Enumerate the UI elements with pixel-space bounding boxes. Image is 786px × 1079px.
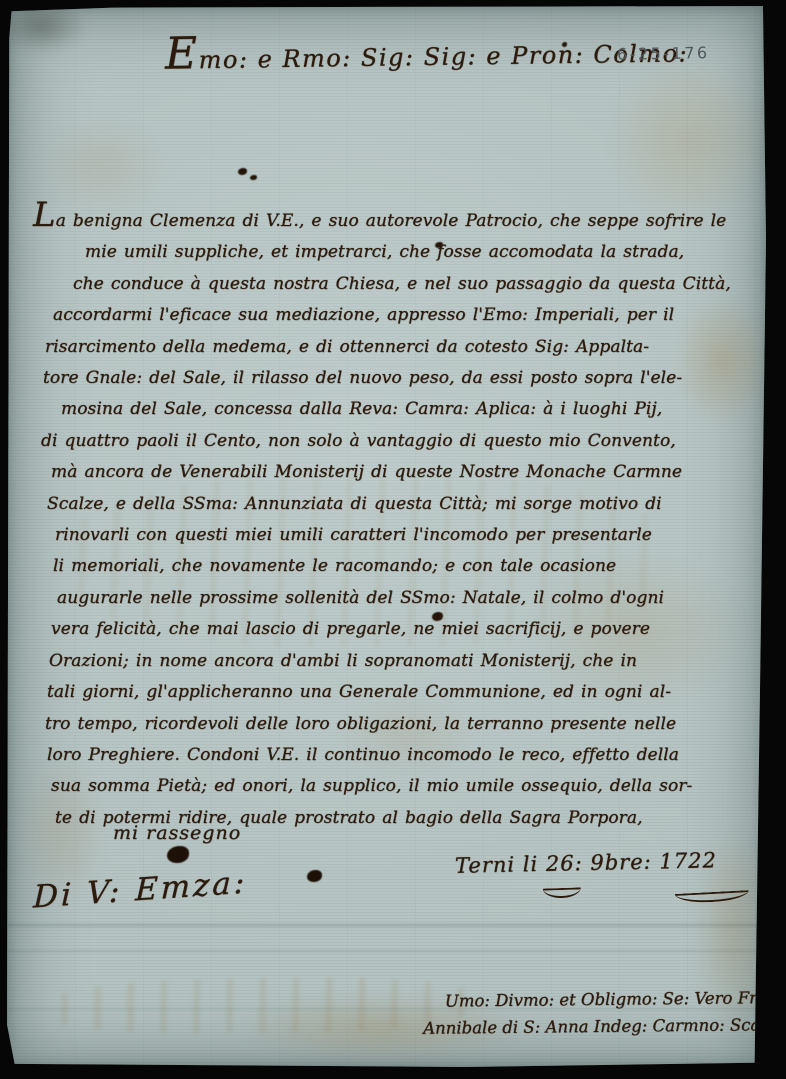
signature-name-line: Annibale di S: Anna Indeg: Carmno: Scalz… [423, 1011, 767, 1042]
manuscript-line: Scalze, e della SSma: Annunziata di ques… [33, 489, 761, 520]
dateline: Terni li 26: 9bre: 1722 [455, 848, 717, 877]
ink-blot [167, 846, 189, 863]
photo-background: Emo: e Rmo: Sig: Sig: e Pron: Colmo: 6-2… [0, 0, 786, 1079]
manuscript-line: La benigna Clemenza di V.E., e suo autor… [33, 200, 761, 237]
manuscript-line: tore Gnale: del Sale, il rilasso del nuo… [33, 363, 761, 394]
manuscript-line: mà ancora de Venerabili Monisterij di qu… [33, 457, 761, 488]
closing-phrase: mi rassegno [113, 822, 241, 844]
manuscript-line: loro Preghiere. Condoni V.E. il continuo… [33, 740, 761, 771]
ink-bleedthrough [47, 974, 478, 1036]
manuscript-line: li memoriali, che novamente le racomando… [33, 551, 761, 582]
manuscript-line: tro tempo, ricordevoli delle loro obliga… [33, 709, 761, 740]
manuscript-line: vera felicità, che mai lascio di pregarl… [33, 614, 761, 645]
signature-block: Umo: Divmo: et Obligmo: Se: Vero Fra Ann… [423, 984, 768, 1042]
fold-crease [7, 924, 766, 928]
ink-speck [238, 168, 247, 175]
manuscript-line: mosina del Sale, concessa dalla Reva: Ca… [33, 394, 761, 425]
letter-body: La benigna Clemenza di V.E., e suo autor… [33, 200, 761, 834]
manuscript-line: che conduce à questa nostra Chiesa, e ne… [33, 269, 761, 300]
manuscript-line: di quattro paoli il Cento, non solo à va… [33, 426, 761, 457]
paper-stain [0, 0, 87, 53]
manuscript-page: Emo: e Rmo: Sig: Sig: e Pron: Colmo: 6-2… [7, 6, 766, 1067]
manuscript-line: accordarmi l'eficace sua mediazione, app… [33, 300, 761, 331]
archival-reference-number: 6-25-176 [617, 43, 710, 64]
manuscript-line: Orazioni; in nome ancora d'ambi li sopra… [33, 646, 761, 677]
signature-title-line: Umo: Divmo: et Obligmo: Se: Vero Fra [423, 984, 767, 1015]
salutation-line: Emo: e Rmo: Sig: Sig: e Pron: Colmo: [165, 36, 689, 74]
manuscript-line: augurarle nelle prossime sollenità del S… [33, 583, 761, 614]
ink-speck [250, 175, 257, 180]
manuscript-line: risarcimento della medema, e di ottenner… [33, 332, 761, 363]
fold-crease [7, 950, 766, 953]
ink-blot [307, 870, 322, 882]
valediction-flourish: Di V: Emza: [33, 864, 248, 915]
manuscript-line: rinovarli con questi miei umili caratter… [33, 520, 761, 551]
flourish-underline-day [543, 887, 581, 898]
manuscript-line: tali giorni, gl'applicheranno una Genera… [33, 677, 761, 708]
manuscript-line: sua somma Pietà; ed onori, la supplico, … [33, 771, 761, 802]
manuscript-line: mie umili suppliche, et impetrarci, che … [33, 237, 761, 268]
flourish-underline-year [675, 890, 749, 904]
